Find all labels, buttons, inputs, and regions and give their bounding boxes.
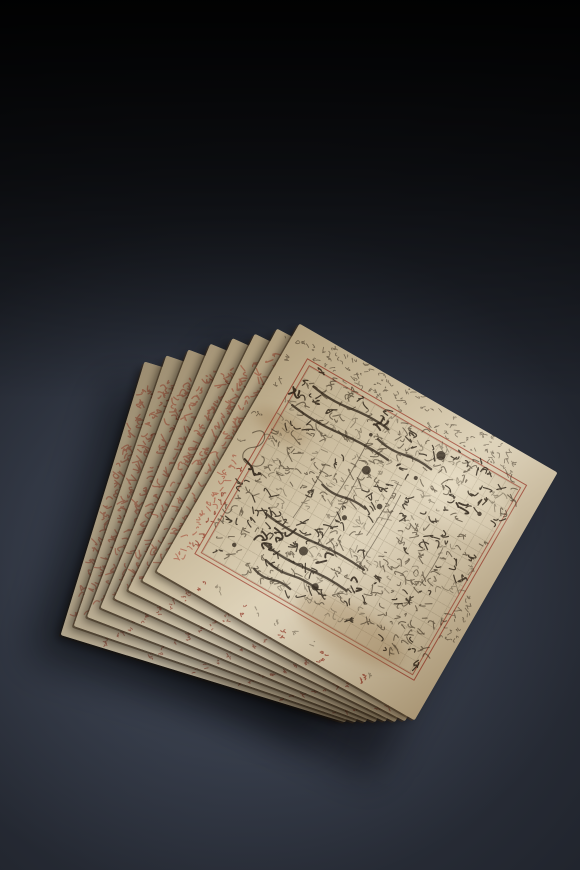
manuscript-photo-scene <box>0 0 580 870</box>
manuscript-stack <box>0 0 580 870</box>
